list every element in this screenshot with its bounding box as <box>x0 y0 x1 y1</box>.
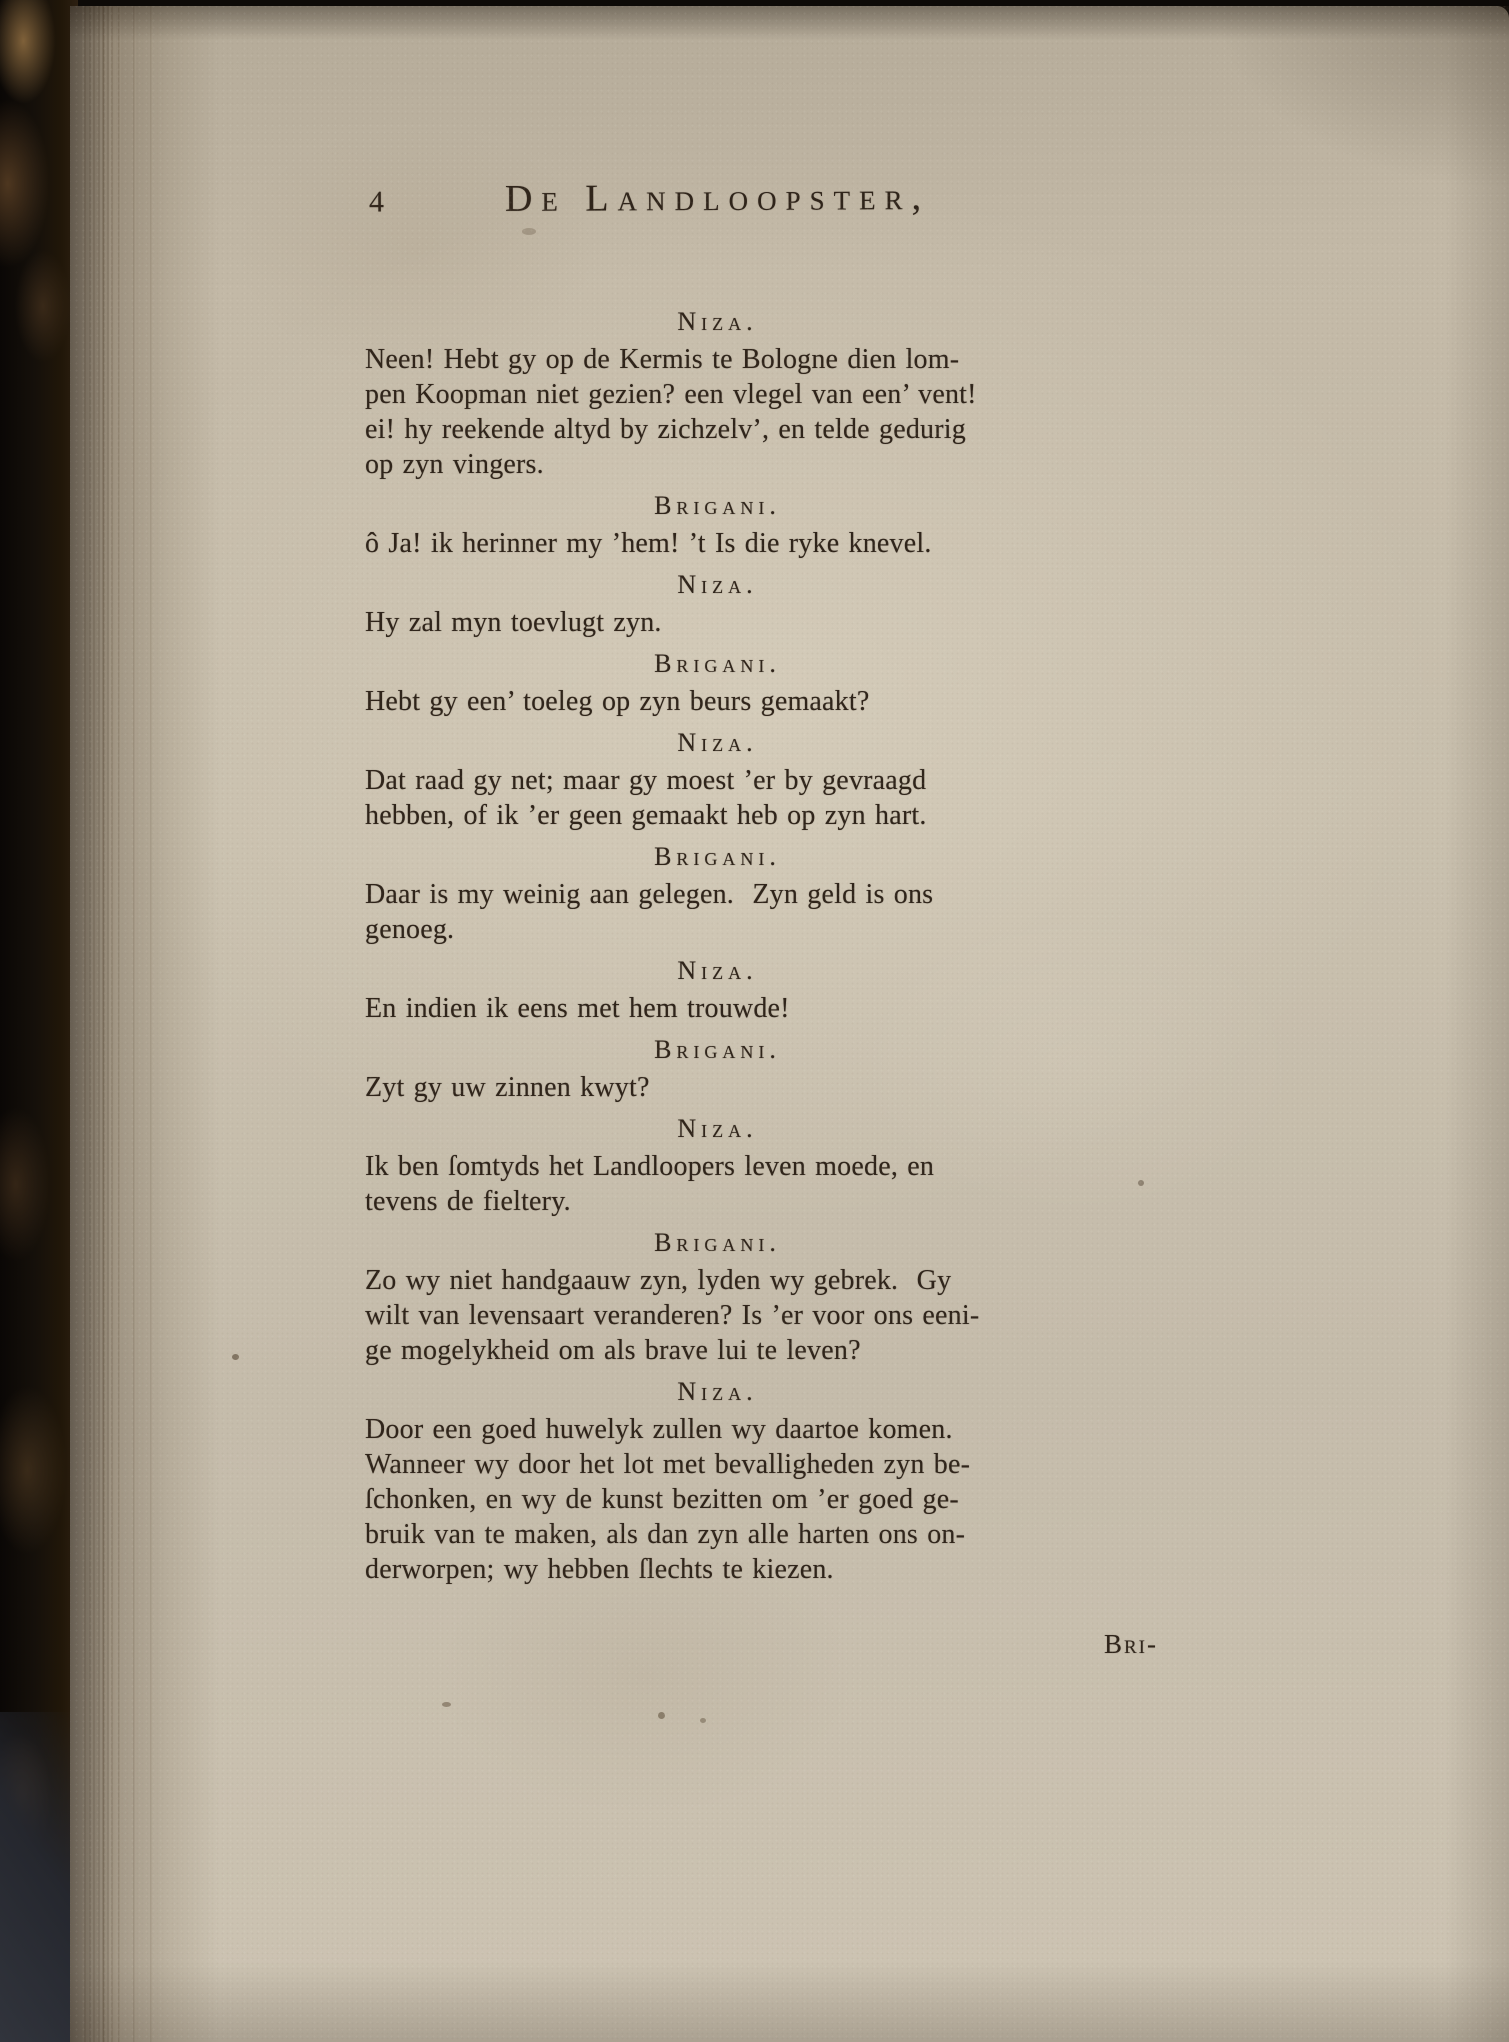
dialogue-line: Dat raad gy net; maar gy moest ’er by ge… <box>365 763 1070 798</box>
paper-speck <box>1138 1180 1144 1186</box>
page-edge-leaves <box>82 6 116 2042</box>
dialogue-line: En indien ik eens met hem trouwde! <box>365 991 1070 1026</box>
crease-line <box>133 6 136 2042</box>
dialogue: Niza.Neen! Hebt gy op de Kermis te Bolog… <box>365 304 1070 1587</box>
speech: Brigani.Hebt gy een’ toeleg op zyn beurs… <box>365 646 1070 719</box>
dialogue-line: Hebt gy een’ toeleg op zyn beurs gemaakt… <box>365 684 1070 719</box>
speech: Niza.Door een goed huwelyk zullen wy daa… <box>365 1374 1070 1587</box>
crease-line <box>118 6 121 2042</box>
speaker-name: Brigani. <box>365 1225 1070 1260</box>
speech: Brigani.Zo wy niet handgaauw zyn, lyden … <box>365 1225 1070 1368</box>
text-block: 4 De Landloopster, Niza.Neen! Hebt gy op… <box>365 174 1070 1660</box>
dialogue-line: op zyn vingers. <box>365 447 1070 482</box>
dialogue-line: bruik van te maken, als dan zyn alle har… <box>365 1517 1070 1552</box>
book-page: 4 De Landloopster, Niza.Neen! Hebt gy op… <box>70 6 1509 2042</box>
speaker-name: Brigani. <box>365 839 1070 874</box>
dialogue-line: derworpen; wy hebben ſlechts te kiezen. <box>365 1552 1070 1587</box>
dialogue-line: ei! hy reekende altyd by zichzelv’, en t… <box>365 412 1070 447</box>
speaker-name: Niza. <box>365 953 1070 988</box>
dialogue-line: Wanneer wy door het lot met bevallighede… <box>365 1447 1070 1482</box>
speaker-name: Niza. <box>365 725 1070 760</box>
speaker-name: Brigani. <box>365 1032 1070 1067</box>
dialogue-line: Ik ben ſomtyds het Landloopers leven moe… <box>365 1149 1070 1184</box>
paper-speck <box>232 1354 239 1360</box>
dialogue-line: wilt van levensaart veranderen? Is ’er v… <box>365 1298 1070 1333</box>
speech: Niza.Ik ben ſomtyds het Landloopers leve… <box>365 1111 1070 1219</box>
paper-speck <box>442 1702 451 1707</box>
dialogue-line: tevens de fieltery. <box>365 1184 1070 1219</box>
dialogue-line: Door een goed huwelyk zullen wy daartoe … <box>365 1412 1070 1447</box>
catchword: Bri- <box>365 1629 1158 1660</box>
speaker-name: Niza. <box>365 567 1070 602</box>
dialogue-line: genoeg. <box>365 912 1070 947</box>
dialogue-line: ge mogelykheid om als brave lui te leven… <box>365 1333 1070 1368</box>
dialogue-line: ô Ja! ik herinner my ’hem! ’t Is die ryk… <box>365 526 1070 561</box>
speech: Niza.Neen! Hebt gy op de Kermis te Bolog… <box>365 304 1070 482</box>
speaker-name: Brigani. <box>365 488 1070 523</box>
dialogue-line: pen Koopman niet gezien? een vlegel van … <box>365 377 1070 412</box>
dialogue-line: Neen! Hebt gy op de Kermis te Bologne di… <box>365 342 1070 377</box>
speech: Brigani.ô Ja! ik herinner my ’hem! ’t Is… <box>365 488 1070 561</box>
book-photo: 4 De Landloopster, Niza.Neen! Hebt gy op… <box>0 0 1509 2042</box>
speech: Niza.Dat raad gy net; maar gy moest ’er … <box>365 725 1070 833</box>
dialogue-line: Daar is my weinig aan gelegen. Zyn geld … <box>365 877 1070 912</box>
paper-speck <box>658 1712 665 1719</box>
dialogue-line: Hy zal myn toevlugt zyn. <box>365 605 1070 640</box>
speaker-name: Niza. <box>365 1111 1070 1146</box>
dialogue-line: ſchonken, en wy de kunst bezitten om ’er… <box>365 1482 1070 1517</box>
speech: Niza.En indien ik eens met hem trouwde! <box>365 953 1070 1026</box>
dialogue-line: Zo wy niet handgaauw zyn, lyden wy gebre… <box>365 1263 1070 1298</box>
speaker-name: Niza. <box>365 1374 1070 1409</box>
speech: Brigani.Daar is my weinig aan gelegen. Z… <box>365 839 1070 947</box>
paper-speck <box>700 1718 706 1723</box>
speech: Niza.Hy zal myn toevlugt zyn. <box>365 567 1070 640</box>
dialogue-line: hebben, of ik ’er geen gemaakt heb op zy… <box>365 798 1070 833</box>
speech: Brigani.Zyt gy uw zinnen kwyt? <box>365 1032 1070 1105</box>
crease-line <box>150 6 153 2042</box>
dialogue-line: Zyt gy uw zinnen kwyt? <box>365 1070 1070 1105</box>
speaker-name: Brigani. <box>365 646 1070 681</box>
page-header-title: De Landloopster, <box>365 172 1070 223</box>
speaker-name: Niza. <box>365 304 1070 339</box>
running-header: 4 De Landloopster, <box>365 172 1070 223</box>
